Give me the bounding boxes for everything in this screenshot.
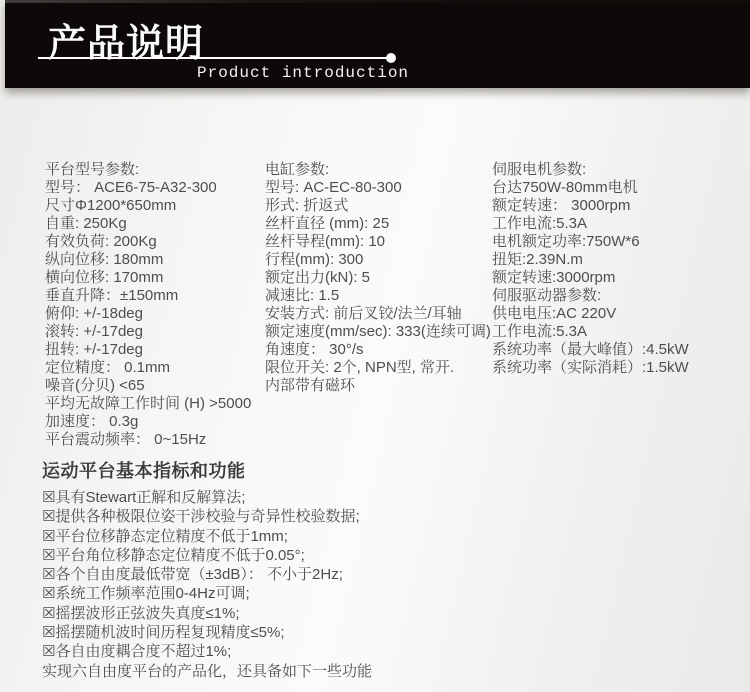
feature-item: ☒具有Stewart正解和反解算法; bbox=[42, 488, 372, 507]
spec-line-list: 台达750W-80mm电机 额定转速： 3000rpm 工作电流:5.3A 电机… bbox=[492, 179, 742, 377]
spec-line: 丝杆导程(mm): 10 bbox=[265, 233, 490, 251]
line-end-dot-icon bbox=[386, 53, 396, 63]
spec-line: 电机额定功率:750W*6 bbox=[492, 233, 742, 251]
spec-line: 加速度： 0.3g bbox=[45, 413, 263, 431]
spec-line: 内部带有磁环 bbox=[265, 377, 490, 395]
features-title: 运动平台基本指标和功能 bbox=[42, 457, 372, 483]
spec-line: 形式: 折返式 bbox=[265, 197, 490, 215]
spec-line: 系统功率（实际消耗）:1.5kW bbox=[492, 359, 742, 377]
spec-line: 纵向位移: 180mm bbox=[45, 251, 263, 269]
spec-line: 系统功率（最大峰值）:4.5kW bbox=[492, 341, 742, 359]
spec-line: 额定转速： 3000rpm bbox=[492, 197, 742, 215]
spec-line: 限位开关: 2个, NPN型, 常开. bbox=[265, 359, 490, 377]
spec-line: 横向位移: 170mm bbox=[45, 269, 263, 287]
spec-column-title: 伺服电机参数: bbox=[492, 161, 742, 179]
feature-item: 实现六自由度平台的产品化，还具备如下一些功能 bbox=[42, 662, 372, 681]
spec-line: 额定出力(kN): 5 bbox=[265, 269, 490, 287]
spec-line: 供电电压:AC 220V bbox=[492, 305, 742, 323]
feature-item: ☒摇摆波形正弦波失真度≤1%; bbox=[42, 604, 372, 623]
spec-line: 尺寸Φ1200*650mm bbox=[45, 197, 263, 215]
spec-line: 滚转: +/-17deg bbox=[45, 323, 263, 341]
spec-line: 行程(mm): 300 bbox=[265, 251, 490, 269]
spec-line: 平均无故障工作时间 (H) >5000 bbox=[45, 395, 263, 413]
page-subtitle: Product introduction bbox=[197, 64, 409, 82]
feature-item: ☒摇摆随机波时间历程复现精度≤5%; bbox=[42, 623, 372, 642]
spec-line: 工作电流:5.3A bbox=[492, 215, 742, 233]
spec-line: 俯仰: +/-18deg bbox=[45, 305, 263, 323]
feature-item: ☒各自由度耦合度不超过1%; bbox=[42, 642, 372, 661]
spec-column-title: 电缸参数: bbox=[265, 161, 490, 179]
spec-line: 型号： ACE6-75-A32-300 bbox=[45, 179, 263, 197]
spec-line: 垂直升降：±150mm bbox=[45, 287, 263, 305]
feature-item-list: ☒具有Stewart正解和反解算法; ☒提供各种极限位姿干涉校验与奇异性校验数据… bbox=[42, 488, 372, 681]
feature-item: ☒各个自由度最低带宽（±3dB）： 不小于2Hz; bbox=[42, 565, 372, 584]
feature-item: ☒系统工作频率范围0-4Hz可调; bbox=[42, 584, 372, 603]
spec-line: 有效负荷: 200Kg bbox=[45, 233, 263, 251]
spec-column-title: 平台型号参数: bbox=[45, 161, 263, 179]
product-description-page: 产品说明 Product introduction 平台型号参数: 型号： AC… bbox=[0, 0, 750, 692]
spec-line: 安装方式: 前后叉铰/法兰/耳轴 bbox=[265, 305, 490, 323]
feature-item: ☒平台位移静态定位精度不低于1mm; bbox=[42, 527, 372, 546]
spec-line: 伺服驱动器参数: bbox=[492, 287, 742, 305]
spec-line: 丝杆直径 (mm): 25 bbox=[265, 215, 490, 233]
spec-line: 工作电流:5.3A bbox=[492, 323, 742, 341]
spec-line-list: 型号: AC-EC-80-300 形式: 折返式 丝杆直径 (mm): 25 丝… bbox=[265, 179, 490, 395]
spec-line: 扭矩:2.39N.m bbox=[492, 251, 742, 269]
spec-column-platform: 平台型号参数: 型号： ACE6-75-A32-300 尺寸Φ1200*650m… bbox=[45, 161, 263, 449]
spec-line: 额定速度(mm/sec): 333(连续可调) bbox=[265, 323, 490, 341]
features-section: 运动平台基本指标和功能 ☒具有Stewart正解和反解算法; ☒提供各种极限位姿… bbox=[42, 457, 372, 681]
header-banner: 产品说明 Product introduction bbox=[5, 0, 750, 88]
spec-line: 扭转: +/-17deg bbox=[45, 341, 263, 359]
title-underline bbox=[38, 57, 388, 59]
spec-line-list: 型号： ACE6-75-A32-300 尺寸Φ1200*650mm 自重: 25… bbox=[45, 179, 263, 449]
feature-item: ☒提供各种极限位姿干涉校验与奇异性校验数据; bbox=[42, 507, 372, 526]
spec-column-cylinder: 电缸参数: 型号: AC-EC-80-300 形式: 折返式 丝杆直径 (mm)… bbox=[265, 161, 490, 395]
spec-line: 定位精度： 0.1mm bbox=[45, 359, 263, 377]
feature-item: ☒平台角位移静态定位精度不低于0.05°; bbox=[42, 546, 372, 565]
spec-line: 平台震动频率： 0~15Hz bbox=[45, 431, 263, 449]
spec-line: 型号: AC-EC-80-300 bbox=[265, 179, 490, 197]
spec-line: 噪音(分贝) <65 bbox=[45, 377, 263, 395]
spec-line: 角速度： 30°/s bbox=[265, 341, 490, 359]
spec-column-servo: 伺服电机参数: 台达750W-80mm电机 额定转速： 3000rpm 工作电流… bbox=[492, 161, 742, 377]
spec-line: 额定转速:3000rpm bbox=[492, 269, 742, 287]
spec-line: 自重: 250Kg bbox=[45, 215, 263, 233]
spec-line: 台达750W-80mm电机 bbox=[492, 179, 742, 197]
spec-line: 减速比: 1.5 bbox=[265, 287, 490, 305]
